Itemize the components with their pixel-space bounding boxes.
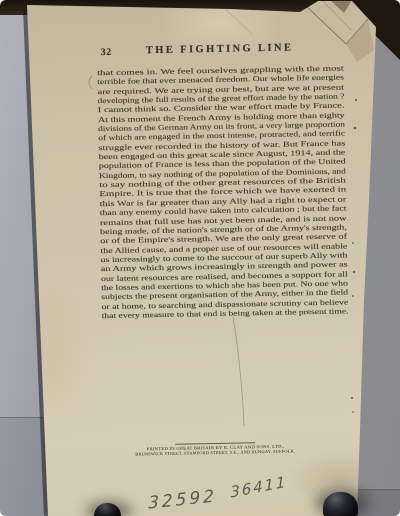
page-header: 32 THE FIGHTING LINE [97, 41, 343, 60]
page-number: 32 [101, 47, 112, 58]
pencil-accession-numbers: 32592 36411 [146, 478, 326, 516]
printed-content: 32 THE FIGHTING LINE that comes in. We f… [0, 0, 400, 516]
photo-frame: 32 THE FIGHTING LINE that comes in. We f… [0, 0, 400, 516]
page-holder-clip-right [323, 492, 358, 516]
body-text: that comes in. We feel ourselves grappli… [97, 63, 349, 320]
book-page: 32 THE FIGHTING LINE that comes in. We f… [0, 0, 400, 516]
running-title: THE FIGHTING LINE [97, 41, 343, 57]
printer-imprint: PRINTED IN GREAT BRITAIN BY R. CLAY AND … [125, 441, 305, 456]
handwritten-number-left: 32592 [148, 486, 217, 513]
